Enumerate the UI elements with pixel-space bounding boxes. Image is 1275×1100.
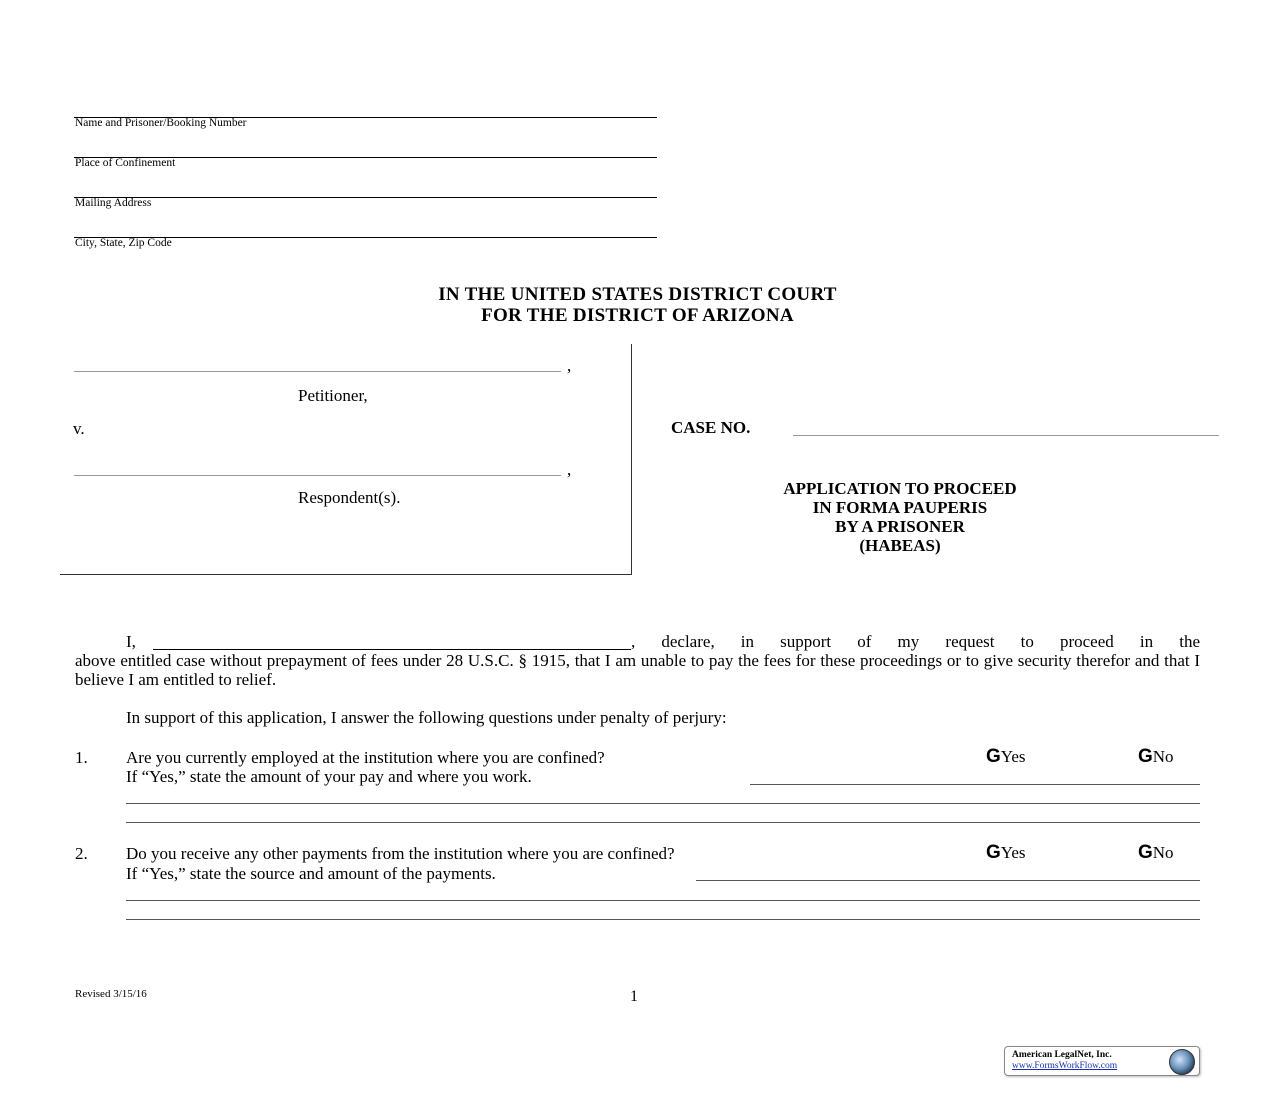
watermark-badge[interactable]: American LegalNet, Inc. www.FormsWorkFlo… bbox=[1004, 1046, 1200, 1076]
name-booking-label: Name and Prisoner/Booking Number bbox=[75, 117, 247, 129]
mailing-address-field[interactable] bbox=[74, 197, 657, 198]
application-title-line4: (HABEAS) bbox=[700, 536, 1100, 555]
watermark-company: American LegalNet, Inc. bbox=[1012, 1050, 1112, 1060]
checkbox-icon: G bbox=[986, 746, 1001, 767]
declaration-text: above entitled case without prepayment o… bbox=[75, 651, 1200, 689]
case-caption-box bbox=[60, 344, 632, 575]
declaration-prefix: I, bbox=[126, 632, 136, 652]
respondent-name-field[interactable] bbox=[74, 475, 561, 476]
question-2-answer-line-2[interactable] bbox=[126, 900, 1200, 901]
no-label: No bbox=[1153, 747, 1174, 766]
question-2-followup: If “Yes,” state the source and amount of… bbox=[126, 864, 496, 884]
application-title-line1: APPLICATION TO PROCEED bbox=[700, 479, 1100, 498]
no-label: No bbox=[1153, 843, 1174, 862]
watermark-url-link[interactable]: www.FormsWorkFlow.com bbox=[1012, 1061, 1117, 1071]
question-1-answer-line-2[interactable] bbox=[126, 803, 1200, 804]
yes-label: Yes bbox=[1001, 843, 1026, 862]
question-1-number: 1. bbox=[75, 748, 88, 768]
declarant-name-field[interactable] bbox=[153, 649, 631, 650]
case-number-field[interactable] bbox=[793, 435, 1219, 436]
revision-date: Revised 3/15/16 bbox=[75, 988, 147, 1000]
question-2-text: Do you receive any other payments from t… bbox=[126, 844, 675, 864]
application-title-line3: BY A PRISONER bbox=[700, 517, 1100, 536]
question-2-no-checkbox[interactable]: GNo bbox=[1138, 842, 1174, 864]
question-1-answer-line-1[interactable] bbox=[750, 784, 1200, 785]
case-number-label: CASE NO. bbox=[671, 418, 750, 438]
respondent-comma: , bbox=[567, 460, 571, 480]
application-title: APPLICATION TO PROCEED IN FORMA PAUPERIS… bbox=[700, 479, 1100, 555]
declaration-line1: , declare, in support of my request to p… bbox=[631, 632, 1200, 652]
petitioner-name-field[interactable] bbox=[74, 371, 561, 372]
question-2-answer-line-1[interactable] bbox=[696, 880, 1200, 881]
petitioner-comma: , bbox=[567, 356, 571, 376]
question-2-number: 2. bbox=[75, 844, 88, 864]
mailing-address-label: Mailing Address bbox=[75, 197, 151, 209]
court-title-line1: IN THE UNITED STATES DISTRICT COURT bbox=[0, 284, 1275, 305]
city-state-zip-label: City, State, Zip Code bbox=[75, 237, 172, 249]
questions-intro: In support of this application, I answer… bbox=[126, 708, 727, 728]
versus-label: v. bbox=[73, 419, 85, 439]
application-title-line2: IN FORMA PAUPERIS bbox=[700, 498, 1100, 517]
yes-label: Yes bbox=[1001, 747, 1026, 766]
checkbox-icon: G bbox=[986, 842, 1001, 863]
petitioner-label: Petitioner, bbox=[298, 386, 368, 406]
court-title-line2: FOR THE DISTRICT OF ARIZONA bbox=[0, 305, 1275, 326]
place-of-confinement-label: Place of Confinement bbox=[75, 157, 175, 169]
checkbox-icon: G bbox=[1138, 842, 1153, 863]
question-1-answer-line-3[interactable] bbox=[126, 822, 1200, 823]
globe-icon bbox=[1169, 1049, 1195, 1075]
respondent-label: Respondent(s). bbox=[298, 488, 400, 508]
question-1-no-checkbox[interactable]: GNo bbox=[1138, 746, 1174, 768]
question-1-text: Are you currently employed at the instit… bbox=[126, 748, 605, 768]
question-1-yes-checkbox[interactable]: GYes bbox=[986, 746, 1026, 768]
checkbox-icon: G bbox=[1138, 746, 1153, 767]
question-2-answer-line-3[interactable] bbox=[126, 919, 1200, 920]
question-2-yes-checkbox[interactable]: GYes bbox=[986, 842, 1026, 864]
question-1-followup: If “Yes,” state the amount of your pay a… bbox=[126, 767, 532, 787]
page-number: 1 bbox=[630, 988, 638, 1006]
